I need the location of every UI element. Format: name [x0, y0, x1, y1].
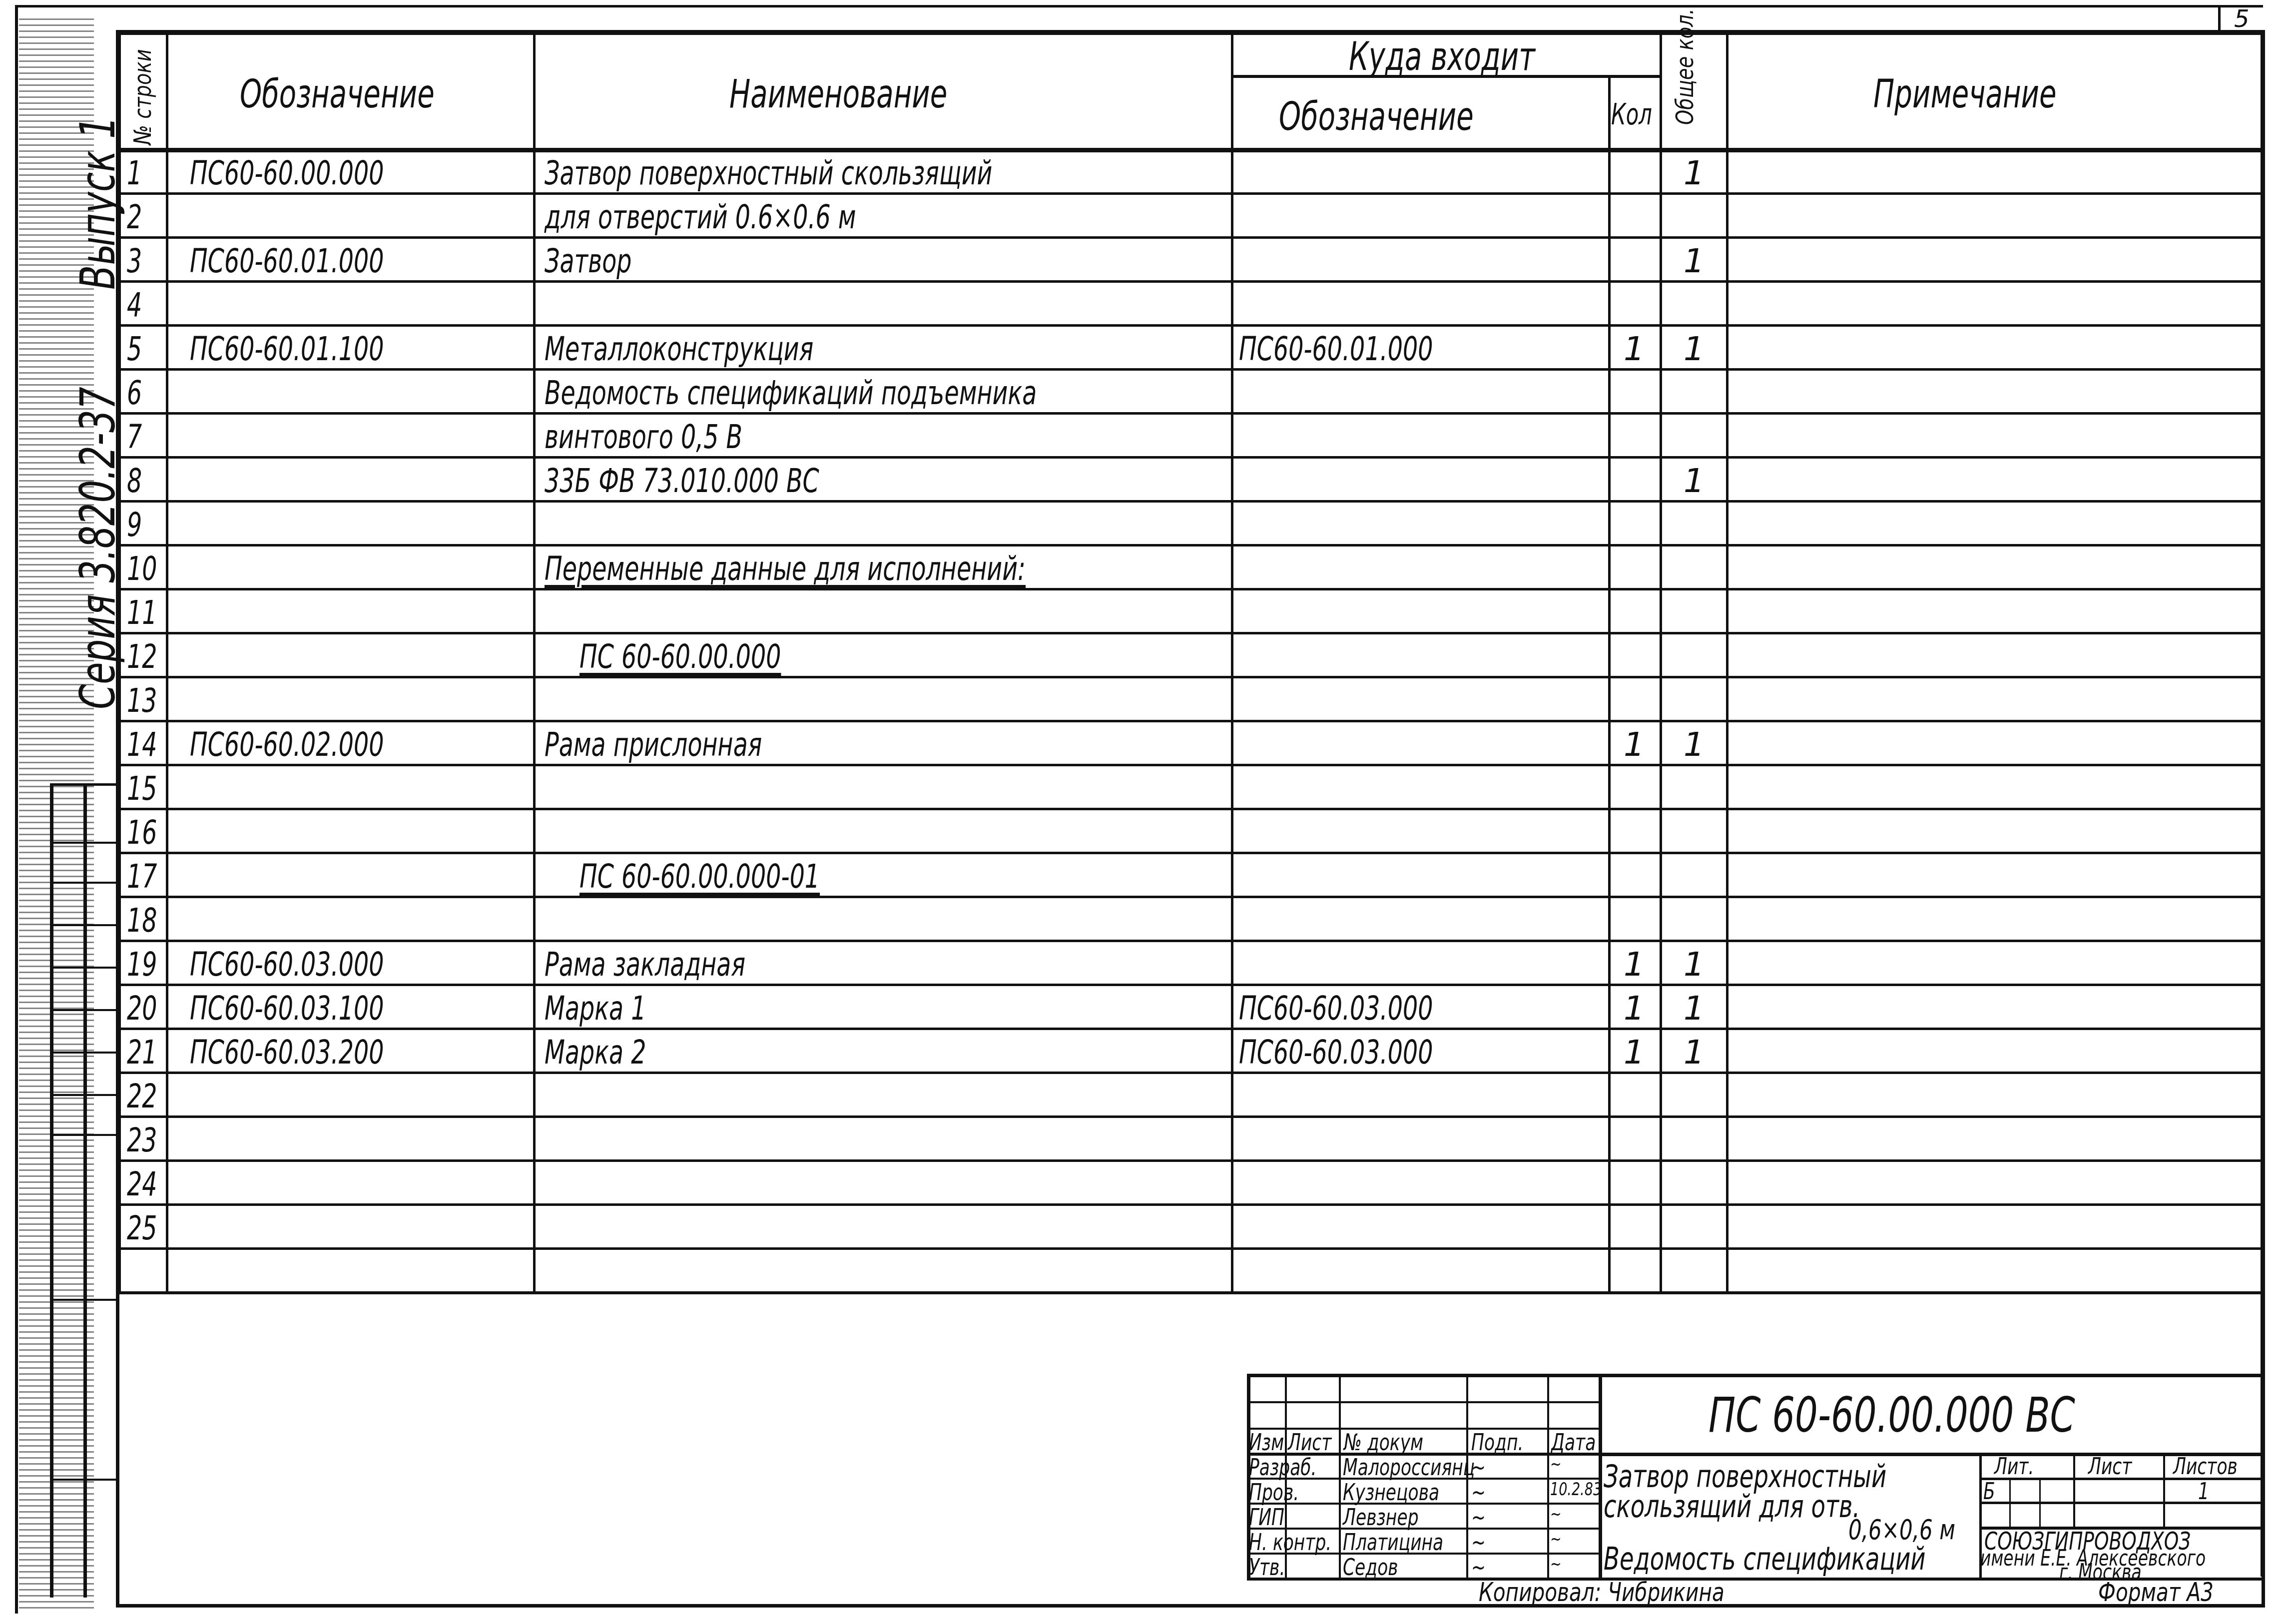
title-block-column-rule — [1547, 1374, 1549, 1578]
lit-value: Б — [1983, 1480, 1995, 1503]
row-number: 24 — [127, 1168, 157, 1201]
paper-format: Формат А3 — [2098, 1580, 2214, 1606]
margin-stamp-divider — [50, 1479, 116, 1481]
row-qty: 1 — [1624, 728, 1645, 761]
margin-stamp-divider — [50, 882, 116, 884]
sheets-label: Листов — [2173, 1455, 2238, 1478]
margin-stamp-column-2 — [80, 783, 119, 1598]
role-date: 10.2.83 — [1550, 1481, 1602, 1499]
role-person: Левзнер — [1343, 1506, 1419, 1529]
role-signature: ~ — [1471, 1531, 1486, 1554]
margin-stamp-divider — [50, 967, 116, 969]
role-person: Кузнецова — [1343, 1481, 1439, 1504]
row-number: 25 — [127, 1212, 157, 1245]
table-row — [117, 589, 2263, 633]
row-number: 12 — [127, 640, 157, 673]
row-qty: 1 — [1624, 992, 1645, 1025]
role-label: Разраб. — [1249, 1456, 1317, 1479]
header-row-number: № строки — [129, 49, 157, 145]
role-person: Седов — [1343, 1556, 1398, 1579]
row-total-qty: 1 — [1684, 157, 1705, 190]
col-date: Дата — [1551, 1431, 1596, 1454]
header-designation: Обозначение — [240, 75, 435, 114]
row-number: 15 — [127, 772, 157, 805]
copied-by: Копировал: Чибрикина — [1479, 1580, 1724, 1606]
row-designation: ПС60-60.03.000 — [190, 948, 384, 981]
header-note: Примечание — [1873, 75, 2057, 114]
row-number: 9 — [127, 509, 142, 541]
table-row — [117, 238, 2263, 282]
margin-stamp-divider — [50, 924, 116, 926]
col-sheet: Лист — [1288, 1431, 1331, 1454]
row-name: для отверстий 0.6×0.6 м — [545, 201, 856, 234]
row-name: Марка 2 — [545, 1036, 646, 1069]
row-name: Металлоконструкция — [545, 333, 813, 366]
row-total-qty: 1 — [1684, 948, 1705, 981]
role-date: ~ — [1550, 1506, 1562, 1524]
table-row — [117, 721, 2263, 765]
role-date: ~ — [1550, 1456, 1562, 1474]
row-where-used: ПС60-60.03.000 — [1239, 992, 1433, 1025]
title-line-2: скользящий для отв. — [1604, 1491, 1860, 1522]
row-total-qty: 1 — [1684, 1036, 1705, 1069]
table-row — [117, 1029, 2263, 1073]
document-code: ПС 60-60.00.000 ВС — [1709, 1391, 2075, 1439]
row-name: ПС 60-60.00.000-01 — [579, 860, 820, 893]
table-row — [117, 1249, 2263, 1293]
title-block-rule — [1247, 1401, 1599, 1403]
row-number: 18 — [127, 904, 157, 937]
table-row — [117, 545, 2263, 589]
row-number: 21 — [127, 1036, 157, 1069]
title-line-1: Затвор поверхностный — [1604, 1461, 1886, 1492]
row-number: 14 — [127, 728, 157, 761]
row-total-qty: 1 — [1684, 333, 1705, 366]
table-row — [117, 1073, 2263, 1117]
title-block-column-rule — [2009, 1478, 2011, 1527]
row-designation: ПС60-60.02.000 — [190, 728, 384, 761]
table-row — [117, 853, 2263, 897]
role-signature: ~ — [1471, 1506, 1486, 1529]
margin-frame-top — [15, 5, 2263, 7]
row-number: 13 — [127, 684, 157, 717]
row-where-used: ПС60-60.03.000 — [1239, 1036, 1433, 1069]
row-qty: 1 — [1624, 948, 1645, 981]
title-block-rule — [1979, 1502, 2263, 1504]
row-number: 23 — [127, 1124, 157, 1157]
sheets-value: 1 — [2198, 1480, 2209, 1503]
role-label: Утв. — [1249, 1556, 1285, 1579]
row-total-qty: 1 — [1684, 465, 1705, 498]
table-row — [117, 1117, 2263, 1161]
row-name: ПС 60-60.00.000 — [579, 640, 781, 673]
table-row — [117, 194, 2263, 238]
table-row — [117, 941, 2263, 985]
title-block-main-divider — [1599, 1374, 1602, 1578]
row-where-used: ПС60-60.01.000 — [1239, 333, 1433, 366]
row-number: 11 — [127, 596, 157, 629]
row-number: 20 — [127, 992, 157, 1025]
row-number: 22 — [127, 1080, 157, 1113]
header-name: Наименование — [729, 75, 947, 114]
row-designation: ПС60-60.01.000 — [190, 245, 384, 278]
row-number: 7 — [127, 421, 142, 454]
role-date: ~ — [1550, 1531, 1562, 1549]
row-name: Затвор — [545, 245, 632, 278]
role-label: ГИП — [1249, 1506, 1284, 1529]
title-line-3: 0,6×0,6 м — [1848, 1516, 1955, 1544]
margin-stamp-divider — [50, 1009, 116, 1011]
role-signature: ~ — [1471, 1481, 1486, 1504]
table-top-rule — [117, 31, 2263, 35]
role-signature: ~ — [1471, 1556, 1486, 1579]
row-name: винтового 0,5 В — [545, 421, 742, 454]
col-signature: Подп. — [1471, 1431, 1523, 1454]
row-number: 1 — [127, 157, 142, 190]
row-number: 19 — [127, 948, 157, 981]
row-designation: ПС60-60.03.100 — [190, 992, 384, 1025]
header-where-used-designation: Обозначение — [1279, 97, 1474, 136]
title-block-column-rule — [2039, 1478, 2041, 1527]
row-number: 5 — [127, 333, 142, 366]
table-row — [117, 282, 2263, 326]
table-row — [117, 150, 2263, 194]
table-bottom-rule — [117, 1291, 2263, 1294]
role-signature: ~ — [1471, 1456, 1486, 1479]
table-row — [117, 765, 2263, 809]
header-total-qty: Общее кол. — [1671, 8, 1699, 125]
table-row — [117, 677, 2263, 721]
row-total-qty: 1 — [1684, 245, 1705, 278]
row-number: 16 — [127, 816, 157, 849]
row-name: Марка 1 — [545, 992, 646, 1025]
sheet-label: Лист — [2088, 1455, 2132, 1478]
role-person: Платицина — [1343, 1531, 1443, 1554]
margin-stamp-divider — [50, 842, 116, 844]
margin-frame-left — [15, 5, 18, 1614]
table-row — [117, 370, 2263, 414]
header-where-used: Куда входит — [1349, 37, 1535, 76]
title-block-column-rule — [1339, 1374, 1341, 1578]
title-block-column-rule — [2163, 1453, 2165, 1527]
row-name: Затвор поверхностный скользящий — [545, 157, 992, 190]
margin-stamp-divider — [50, 1134, 116, 1136]
role-date: ~ — [1550, 1556, 1562, 1574]
row-number: 2 — [127, 201, 142, 234]
row-designation: ПС60-60.00.000 — [190, 157, 384, 190]
row-qty: 1 — [1624, 1036, 1645, 1069]
row-number: 8 — [127, 465, 142, 498]
row-number: 10 — [127, 552, 157, 585]
row-total-qty: 1 — [1684, 728, 1705, 761]
margin-stamp-divider — [50, 1299, 116, 1301]
role-person: Малороссиянц — [1343, 1456, 1475, 1479]
row-total-qty: 1 — [1684, 992, 1705, 1025]
lit-label: Лит. — [1994, 1455, 2034, 1478]
row-name: Рама прислонная — [545, 728, 762, 761]
row-number: 4 — [127, 289, 142, 322]
sheet-number: 5 — [2234, 7, 2250, 31]
row-qty: 1 — [1624, 333, 1645, 366]
row-name: Рама закладная — [545, 948, 745, 981]
title-block-column-rule — [2073, 1453, 2075, 1527]
role-label: Н. контр. — [1249, 1531, 1331, 1554]
row-name: Переменные данные для исполнений: — [545, 552, 1026, 585]
table-row — [117, 897, 2263, 941]
row-designation: ПС60-60.01.100 — [190, 333, 384, 366]
table-row — [117, 809, 2263, 853]
header-where-used-qty: Кол — [1611, 100, 1652, 129]
row-number: 17 — [127, 860, 157, 893]
margin-stamp-divider — [50, 1094, 116, 1096]
row-name: 33Б ФВ 73.010.000 ВС — [545, 465, 819, 498]
row-name: Ведомость спецификаций подъемника — [545, 377, 1037, 410]
table-row — [117, 1161, 2263, 1205]
table-row — [117, 414, 2263, 458]
row-number: 6 — [127, 377, 142, 410]
row-number: 3 — [127, 245, 142, 278]
table-row — [117, 458, 2263, 502]
title-block-rule — [1247, 1374, 1599, 1376]
margin-stamp-divider — [50, 783, 116, 786]
col-change: Изм — [1249, 1431, 1284, 1454]
title-line-4: Ведомость спецификаций — [1604, 1544, 1926, 1575]
role-label: Пров. — [1249, 1481, 1299, 1504]
table-row — [117, 502, 2263, 545]
table-row — [117, 985, 2263, 1029]
table-row — [117, 326, 2263, 370]
col-doc-number: № докум — [1344, 1431, 1423, 1454]
table-row — [117, 1205, 2263, 1249]
table-row — [117, 633, 2263, 677]
margin-stamp-divider — [50, 1052, 116, 1054]
row-designation: ПС60-60.03.200 — [190, 1036, 384, 1069]
